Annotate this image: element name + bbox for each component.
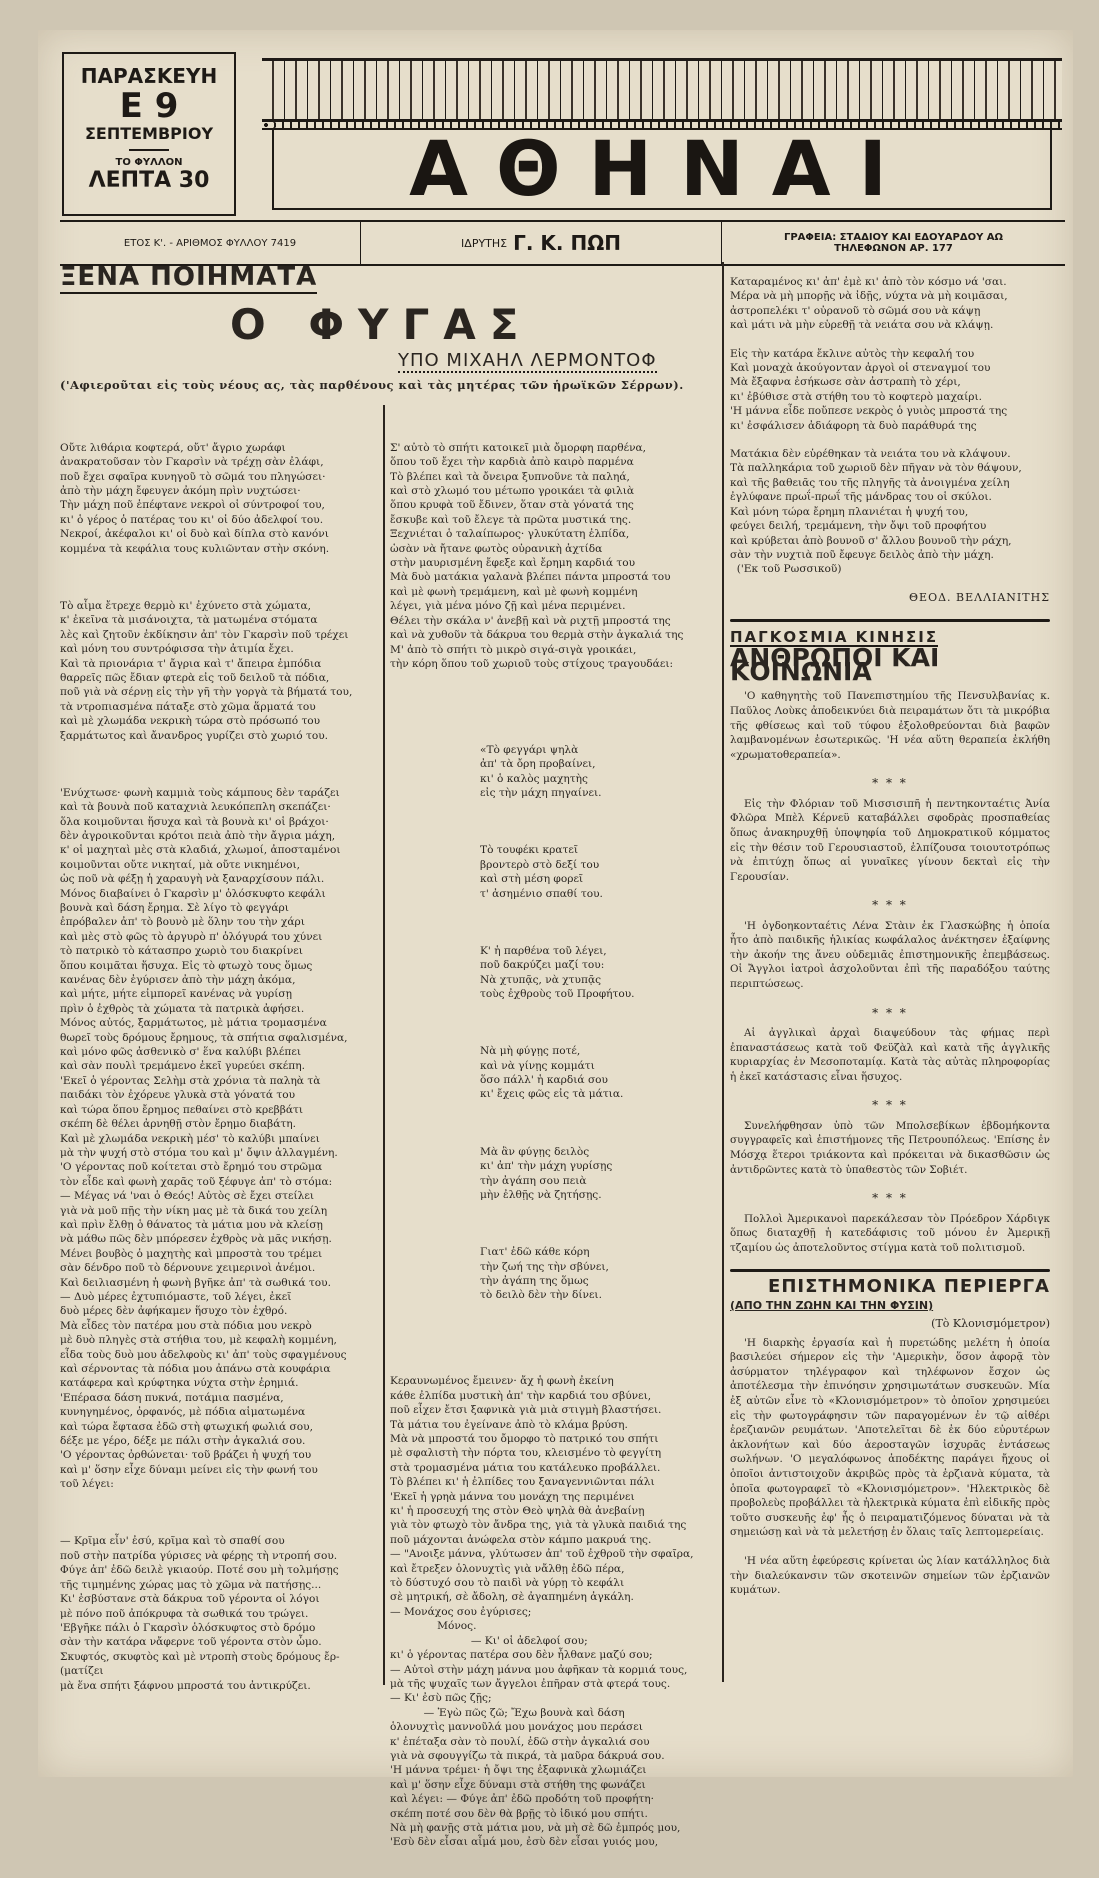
science-paragraph: 'Η διαρκὴς ἐργασία καὶ ἡ πυρετώδης μελέτ…	[730, 1336, 1050, 1540]
song-stanza: Μὰ ἂν φύγῃς δειλὸς κι' ἀπ' τὴν μάχη γυρί…	[480, 1145, 710, 1203]
asterism-icon: * * *	[730, 776, 1050, 790]
date-box: ΠΑΡΑΣΚΕΥΗ Ε 9 ΣΕΠΤΕΜΒΡΙΟΥ ΤΟ ΦΥΛΛΟΝ ΛΕΠΤ…	[62, 52, 236, 216]
science-topic: (Τὸ Κλονισμόμετρον)	[730, 1317, 1050, 1331]
news-item: Συνελήφθησαν ὑπὸ τῶν Μπολσεβίκων ἑβδομήκ…	[730, 1119, 1050, 1177]
news-item: Πολλοὶ Ἀμερικανοὶ παρεκάλεσαν τὸν Πρόεδρ…	[730, 1212, 1050, 1256]
offices: ΓΡΑΦΕΙΑ: ΣΤΑΔΙΟΥ ΚΑΙ ΕΔΟΥΑΡΔΟΥ ΑΩ ΤΗΛΕΦΩ…	[722, 222, 1065, 264]
column-divider	[383, 405, 385, 1685]
poem-column-2: Σ' αὐτὸ τὸ σπήτι κατοικεῖ μιὰ ὄμορφη παρ…	[390, 412, 710, 1777]
newspaper-title: ΑΘΗΝΑΙ	[272, 130, 1052, 210]
science-subtitle: (ΑΠΟ ΤΗΝ ΖΩΗΝ ΚΑΙ ΤΗΝ ΦΥΣΙΝ)	[730, 1299, 1050, 1313]
founder: ΙΔΡΥΤΗΣ Γ. Κ. ΠΩΠ	[361, 222, 722, 264]
poem-stanza: Ματάκια δὲν εὑρέθηκαν τὰ νειάτα του νὰ κ…	[730, 447, 1050, 577]
ornament-cornice-icon	[262, 58, 1062, 122]
song-stanza: Κ' ἡ παρθένα τοῦ λέγει, ποῦ δακρύζει μαζ…	[480, 944, 710, 1002]
news-item: Εἰς τὴν Φλόριαν τοῦ Μισσισιπῆ ἡ πεντηκον…	[730, 797, 1050, 885]
right-column: Καταραμένος κι' ἀπ' ἐμὲ κι' ἀπὸ τὸν κόσμ…	[730, 275, 1050, 1612]
poem-stanza: — Κρῖμα εἶν' ἐσύ, κρῖμα καὶ τὸ σπαθί σου…	[60, 1534, 378, 1692]
section-kicker: ΞΕΝΑ ΠΟΙΗΜΑΤΑ	[60, 262, 317, 294]
poem-stanza: Σ' αὐτὸ τὸ σπήτι κατοικεῖ μιὰ ὄμορφη παρ…	[390, 441, 710, 672]
price: ΛΕΠΤΑ 30	[64, 168, 234, 193]
science-paragraph: 'Η νέα αὕτη ἐφεύρεσις κρίνεται ὡς λίαν κ…	[730, 1554, 1050, 1598]
column-divider	[722, 262, 724, 1682]
song-stanza: «Τὸ φεγγάρι ψηλὰ ἀπ' τὰ ὄρη προβαίνει, κ…	[480, 743, 710, 801]
asterism-icon: * * *	[730, 898, 1050, 912]
translator-signature: ΘΕΟΔ. ΒΕΛΛΙΑΝΙΤΗΣ	[730, 591, 1050, 605]
poem-stanza: Εἰς τὴν κατάρα ἔκλινε αὐτὸς τὴν κεφαλή τ…	[730, 347, 1050, 433]
song-stanza: Νὰ μὴ φύγῃς ποτέ, καὶ νὰ γίνῃς κομμάτι ὅ…	[480, 1044, 710, 1102]
asterism-icon: * * *	[730, 1006, 1050, 1020]
poem-column-1: Οὔτε λιθάρια κοφτερά, οὔτ' ἄγριο χωράφι …	[60, 412, 378, 1721]
date-number: Ε 9	[64, 88, 234, 124]
article-title: Ο ΦΥΓΑΣ	[230, 300, 532, 349]
poem-stanza: Τὸ αἷμα ἔτρεχε θερμὸ κι' ἐχύνετο στὰ χώμ…	[60, 599, 378, 743]
world-title: ΑΝΘΡΩΠΟΙ ΚΑΙ ΚΟΙΝΩΝΙΑ	[730, 651, 1050, 680]
phone-number: ΤΗΛΕΦΩΝΟΝ ΑΡ. 177	[834, 243, 953, 254]
founder-label: ΙΔΡΥΤΗΣ	[461, 237, 507, 250]
song-stanza: Τὸ τουφέκι κρατεῖ βροντερὸ στὸ δεξί του …	[480, 843, 710, 901]
news-item: 'Ο καθηγητὴς τοῦ Πανεπιστημίου τῆς Πενσυ…	[730, 689, 1050, 762]
month: ΣΕΠΤΕΜΒΡΙΟΥ	[64, 124, 234, 143]
poem-stanza: Κεραυνωμένος ἔμεινεν· ἄχ ἡ φωνὴ ἐκείνη κ…	[390, 1374, 710, 1777]
article-byline: ΥΠΟ ΜΙΧΑΗΛ ΛΕΡΜΟΝΤΟΦ	[398, 350, 657, 373]
poem-stanza: 'Ενύχτωσε· φωνὴ καμμιὰ τοὺς κάμπους δὲν …	[60, 786, 378, 1492]
asterism-icon: * * *	[730, 1191, 1050, 1205]
science-title: ΕΠΙΣΤΗΜΟΝΙΚΑ ΠΕΡΙΕΡΓΑ	[730, 1280, 1050, 1294]
sheet-label: ΤΟ ΦΥΛΛΟΝ	[64, 157, 234, 168]
ornamental-rule	[730, 1269, 1050, 1272]
founder-name: Γ. Κ. ΠΩΠ	[513, 231, 621, 255]
ornamental-rule	[730, 619, 1050, 622]
nameplate-frame: ΑΘΗΝΑΙ	[262, 58, 1062, 208]
offices-address: ΓΡΑΦΕΙΑ: ΣΤΑΔΙΟΥ ΚΑΙ ΕΔΟΥΑΡΔΟΥ ΑΩ	[784, 232, 1003, 243]
poem-stanza: Καταραμένος κι' ἀπ' ἐμὲ κι' ἀπὸ τὸν κόσμ…	[730, 275, 1050, 333]
article-dedication: ('Αφιεροῦται εἰς τοὺς νέους ας, τὰς παρθ…	[60, 378, 710, 392]
asterism-icon: * * *	[730, 1098, 1050, 1112]
poem-stanza: Οὔτε λιθάρια κοφτερά, οὔτ' ἄγριο χωράφι …	[60, 441, 378, 556]
song: «Τὸ φεγγάρι ψηλὰ ἀπ' τὰ ὄρη προβαίνει, κ…	[480, 714, 710, 1345]
weekday: ΠΑΡΑΣΚΕΥΗ	[64, 64, 234, 88]
news-item: 'Η ὀγδοηκονταέτις Λένα Στὰιν ἐκ Γλασκώβη…	[730, 919, 1050, 992]
song-stanza: Γιατ' ἐδῶ κάθε κόρη τὴν ζωή της τὴν σβύν…	[480, 1245, 710, 1303]
news-item: Αἱ ἀγγλικαὶ ἀρχαὶ διαψεύδουν τὰς φήμας π…	[730, 1026, 1050, 1084]
divider	[129, 149, 169, 151]
issue-number: ΕΤΟΣ Κ'. - ΑΡΙΘΜΟΣ ΦΥΛΛΟΥ 7419	[60, 222, 361, 264]
info-bar: ΕΤΟΣ Κ'. - ΑΡΙΘΜΟΣ ΦΥΛΛΟΥ 7419 ΙΔΡΥΤΗΣ Γ…	[60, 220, 1065, 266]
